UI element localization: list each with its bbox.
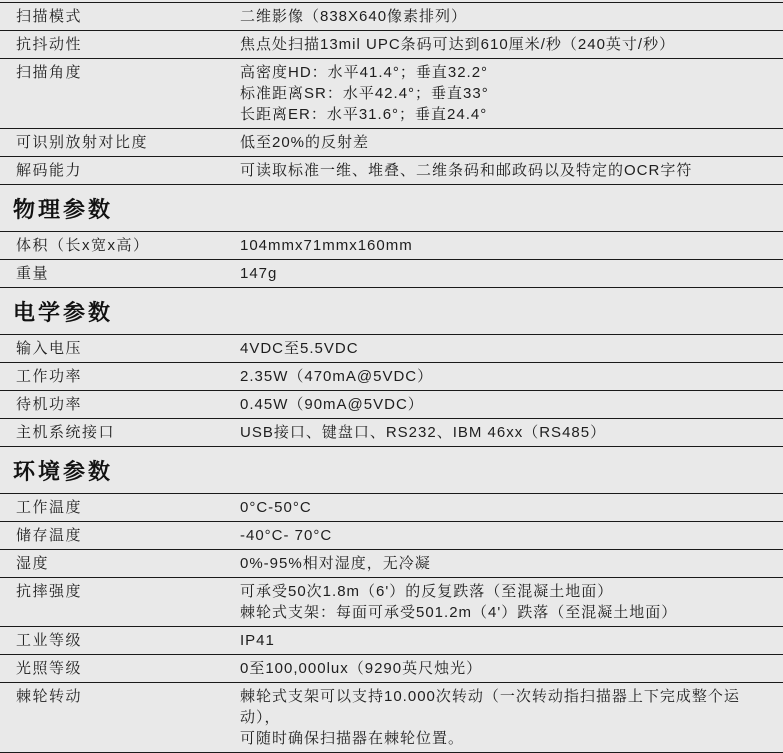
value-line: 104mmx71mmx160mm bbox=[240, 235, 777, 256]
value-line: 棘轮式支架：每面可承受501.2m（4'）跌落（至混凝土地面） bbox=[240, 602, 777, 623]
spec-table: 工作温度0°C-50°C储存温度-40°C- 70°C湿度0%-95%相对湿度，… bbox=[0, 493, 783, 753]
row-label: 工作温度 bbox=[0, 497, 240, 518]
table-row: 待机功率0.45W（90mA@5VDC） bbox=[0, 391, 783, 419]
row-value: 焦点处扫描13mil UPC条码可达到610厘米/秒（240英寸/秒） bbox=[240, 34, 783, 55]
row-label: 输入电压 bbox=[0, 338, 240, 359]
row-label: 抗抖动性 bbox=[0, 34, 240, 55]
row-value: IP41 bbox=[240, 630, 783, 651]
value-line: 可随时确保扫描器在棘轮位置。 bbox=[240, 728, 777, 749]
row-value: 可承受50次1.8m（6'）的反复跌落（至混凝土地面）棘轮式支架：每面可承受50… bbox=[240, 581, 783, 623]
row-value: 二维影像（838X640像素排列） bbox=[240, 6, 783, 27]
value-line: 可承受50次1.8m（6'）的反复跌落（至混凝土地面） bbox=[240, 581, 777, 602]
value-line: 二维影像（838X640像素排列） bbox=[240, 6, 777, 27]
spec-table: 扫描模式二维影像（838X640像素排列）抗抖动性焦点处扫描13mil UPC条… bbox=[0, 2, 783, 185]
row-value: 4VDC至5.5VDC bbox=[240, 338, 783, 359]
value-line: 焦点处扫描13mil UPC条码可达到610厘米/秒（240英寸/秒） bbox=[240, 34, 777, 55]
row-label: 解码能力 bbox=[0, 160, 240, 181]
value-line: 4VDC至5.5VDC bbox=[240, 338, 777, 359]
table-row: 储存温度-40°C- 70°C bbox=[0, 522, 783, 550]
row-label: 棘轮转动 bbox=[0, 686, 240, 707]
value-line: 低至20%的反射差 bbox=[240, 132, 777, 153]
table-row: 工业等级IP41 bbox=[0, 627, 783, 655]
row-value: 高密度HD：水平41.4°；垂直32.2°标准距离SR：水平42.4°；垂直33… bbox=[240, 62, 783, 125]
value-line: 0%-95%相对湿度，无冷凝 bbox=[240, 553, 777, 574]
table-row: 重量147g bbox=[0, 260, 783, 288]
table-row: 工作功率2.35W（470mA@5VDC） bbox=[0, 363, 783, 391]
table-row: 可识别放射对比度低至20%的反射差 bbox=[0, 129, 783, 157]
value-line: 147g bbox=[240, 263, 777, 284]
row-value: 低至20%的反射差 bbox=[240, 132, 783, 153]
table-row: 工作温度0°C-50°C bbox=[0, 494, 783, 522]
row-label: 可识别放射对比度 bbox=[0, 132, 240, 153]
row-value: 0°C-50°C bbox=[240, 497, 783, 518]
table-row: 抗抖动性焦点处扫描13mil UPC条码可达到610厘米/秒（240英寸/秒） bbox=[0, 31, 783, 59]
table-row: 光照等级0至100,000lux（9290英尺烛光） bbox=[0, 655, 783, 683]
value-line: 0至100,000lux（9290英尺烛光） bbox=[240, 658, 777, 679]
row-value: 104mmx71mmx160mm bbox=[240, 235, 783, 256]
row-label: 重量 bbox=[0, 263, 240, 284]
table-row: 体积（长x宽x高）104mmx71mmx160mm bbox=[0, 232, 783, 260]
row-label: 待机功率 bbox=[0, 394, 240, 415]
row-label: 抗摔强度 bbox=[0, 581, 240, 602]
row-value: 0至100,000lux（9290英尺烛光） bbox=[240, 658, 783, 679]
row-label: 工作功率 bbox=[0, 366, 240, 387]
row-label: 光照等级 bbox=[0, 658, 240, 679]
row-value: 棘轮式支架可以支持10.000次转动（一次转动指扫描器上下完成整个运动），可随时… bbox=[240, 686, 783, 749]
value-line: 标准距离SR：水平42.4°；垂直33° bbox=[240, 83, 777, 104]
table-row: 扫描角度高密度HD：水平41.4°；垂直32.2°标准距离SR：水平42.4°；… bbox=[0, 59, 783, 129]
table-row: 输入电压4VDC至5.5VDC bbox=[0, 335, 783, 363]
table-row: 主机系统接口USB接口、键盘口、RS232、IBM 46xx（RS485） bbox=[0, 419, 783, 447]
row-label: 湿度 bbox=[0, 553, 240, 574]
row-value: 0.45W（90mA@5VDC） bbox=[240, 394, 783, 415]
section-title: 电学参数 bbox=[0, 288, 783, 334]
section-title: 物理参数 bbox=[0, 185, 783, 231]
row-label: 主机系统接口 bbox=[0, 422, 240, 443]
value-line: -40°C- 70°C bbox=[240, 525, 777, 546]
value-line: 棘轮式支架可以支持10.000次转动（一次转动指扫描器上下完成整个运动）， bbox=[240, 686, 777, 728]
row-value: 可读取标准一维、堆叠、二维条码和邮政码以及特定的OCR字符 bbox=[240, 160, 783, 181]
table-row: 扫描模式二维影像（838X640像素排列） bbox=[0, 3, 783, 31]
value-line: 长距离ER：水平31.6°；垂直24.4° bbox=[240, 104, 777, 125]
section-title: 环境参数 bbox=[0, 447, 783, 493]
value-line: USB接口、键盘口、RS232、IBM 46xx（RS485） bbox=[240, 422, 777, 443]
value-line: IP41 bbox=[240, 630, 777, 651]
value-line: 0°C-50°C bbox=[240, 497, 777, 518]
row-label: 体积（长x宽x高） bbox=[0, 235, 240, 256]
table-row: 湿度0%-95%相对湿度，无冷凝 bbox=[0, 550, 783, 578]
value-line: 2.35W（470mA@5VDC） bbox=[240, 366, 777, 387]
row-label: 工业等级 bbox=[0, 630, 240, 651]
value-line: 0.45W（90mA@5VDC） bbox=[240, 394, 777, 415]
value-line: 高密度HD：水平41.4°；垂直32.2° bbox=[240, 62, 777, 83]
row-value: 147g bbox=[240, 263, 783, 284]
spec-table: 体积（长x宽x高）104mmx71mmx160mm重量147g bbox=[0, 231, 783, 288]
row-label: 扫描角度 bbox=[0, 62, 240, 83]
value-line: 可读取标准一维、堆叠、二维条码和邮政码以及特定的OCR字符 bbox=[240, 160, 777, 181]
row-value: USB接口、键盘口、RS232、IBM 46xx（RS485） bbox=[240, 422, 783, 443]
table-row: 抗摔强度可承受50次1.8m（6'）的反复跌落（至混凝土地面）棘轮式支架：每面可… bbox=[0, 578, 783, 627]
row-value: -40°C- 70°C bbox=[240, 525, 783, 546]
row-label: 储存温度 bbox=[0, 525, 240, 546]
row-value: 0%-95%相对湿度，无冷凝 bbox=[240, 553, 783, 574]
row-label: 扫描模式 bbox=[0, 6, 240, 27]
row-value: 2.35W（470mA@5VDC） bbox=[240, 366, 783, 387]
spec-sheet-page: 扫描模式二维影像（838X640像素排列）抗抖动性焦点处扫描13mil UPC条… bbox=[0, 0, 783, 753]
table-row: 解码能力可读取标准一维、堆叠、二维条码和邮政码以及特定的OCR字符 bbox=[0, 157, 783, 185]
table-row: 棘轮转动棘轮式支架可以支持10.000次转动（一次转动指扫描器上下完成整个运动）… bbox=[0, 683, 783, 753]
spec-table: 输入电压4VDC至5.5VDC工作功率2.35W（470mA@5VDC）待机功率… bbox=[0, 334, 783, 447]
